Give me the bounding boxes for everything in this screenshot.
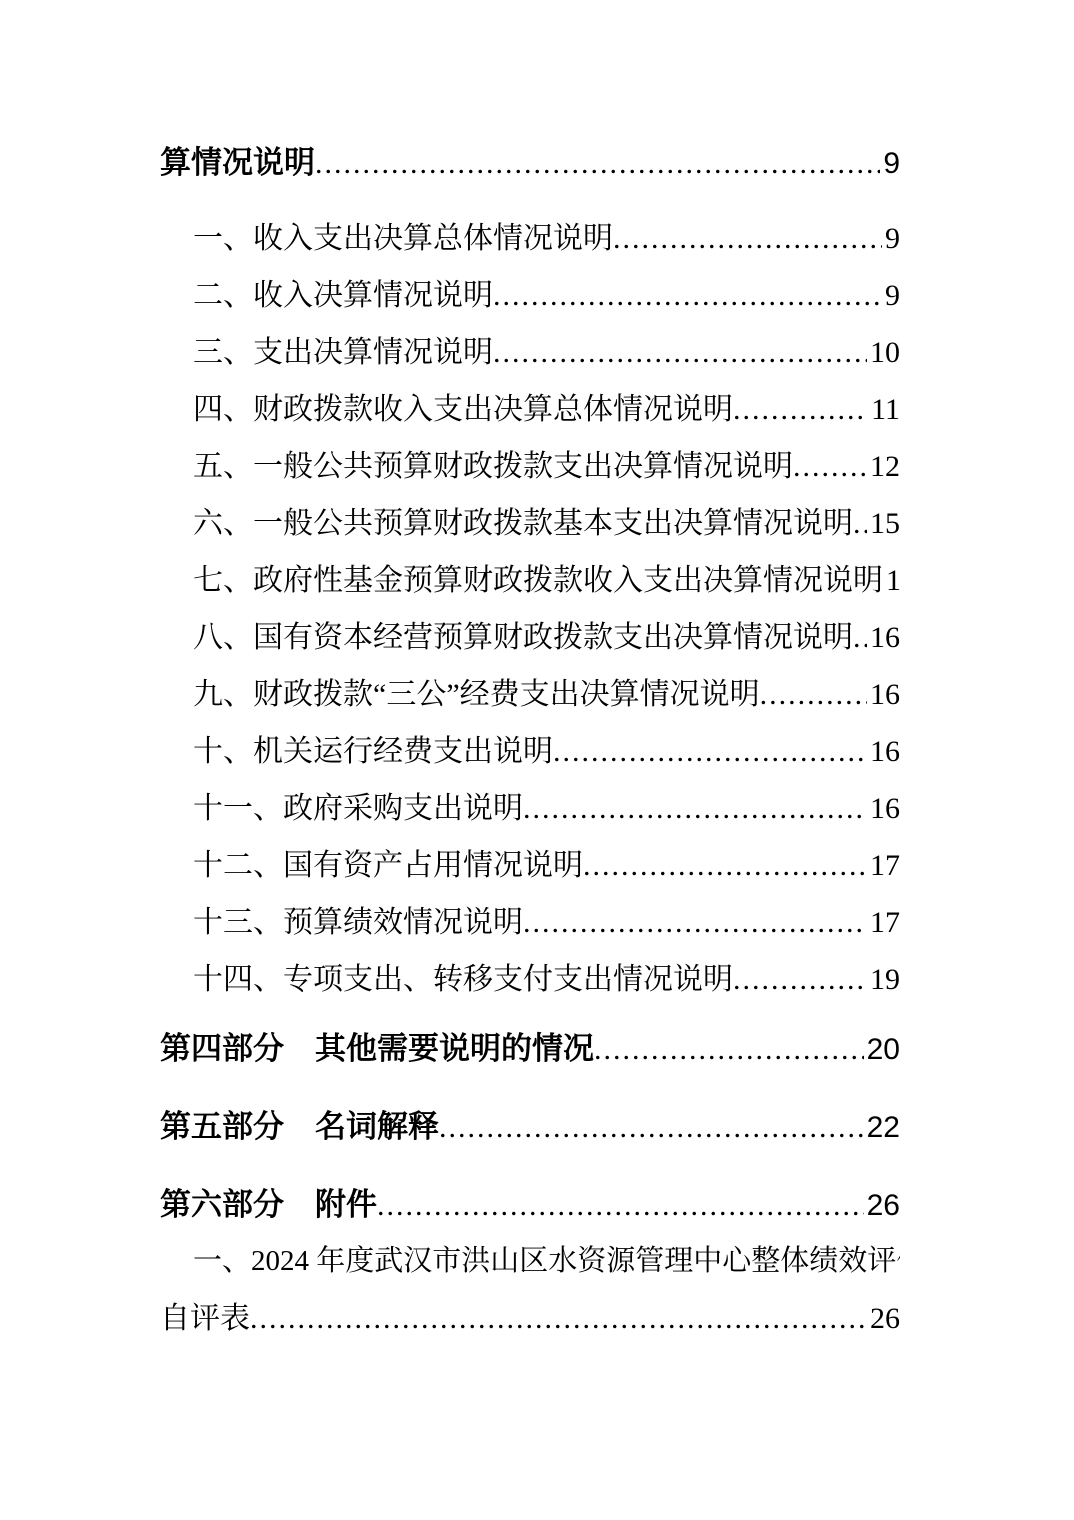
toc-leader-dots <box>793 438 867 495</box>
toc-entry-label: 一、收入支出决算总体情况说明 <box>193 210 613 267</box>
toc-leader-dots <box>315 135 880 191</box>
toc-entry: 四、财政拨款收入支出决算总体情况说明 11 <box>160 381 900 438</box>
toc-page-number: 9 <box>882 210 900 267</box>
toc-page-number: 9 <box>880 135 900 191</box>
toc-leader-dots <box>493 324 867 381</box>
toc-page-number: 11 <box>868 381 900 438</box>
toc-entry: 三、支出决算情况说明 10 <box>160 324 900 381</box>
toc-leader-dots <box>377 1177 864 1233</box>
toc-entry-label: 第四部分 其他需要说明的情况 <box>160 1020 594 1077</box>
toc-page-number: 9 <box>882 267 900 324</box>
toc-entry: 第四部分 其他需要说明的情况 20 <box>160 1020 900 1077</box>
toc-leader-dots <box>250 1290 867 1347</box>
toc-leader-dots <box>553 723 867 780</box>
toc-entry: 一、2024 年度武汉市洪山区水资源管理中心整体绩效评价 <box>160 1233 900 1290</box>
toc-entry-label: 第六部分 附件 <box>160 1176 377 1233</box>
toc-leader-dots <box>733 381 868 438</box>
toc-entry: 十、机关运行经费支出说明 16 <box>160 723 900 780</box>
toc-leader-dots <box>493 267 882 324</box>
toc-leader-dots <box>523 894 867 951</box>
toc-entry-label: 十、机关运行经费支出说明 <box>193 723 553 780</box>
toc-entry-label: 四、财政拨款收入支出决算总体情况说明 <box>193 381 733 438</box>
toc-page-number: 15 <box>867 495 900 552</box>
toc-entry-label: 十一、政府采购支出说明 <box>193 780 523 837</box>
toc-leader-dots <box>853 609 867 666</box>
toc-entry: 算情况说明 9 <box>160 134 900 191</box>
toc-entry-label: 八、国有资本经营预算财政拨款支出决算情况说明 <box>193 609 853 666</box>
toc-page-number: 26 <box>867 1290 900 1347</box>
toc-entry-label: 五、一般公共预算财政拨款支出决算情况说明 <box>193 438 793 495</box>
toc-entry-label: 一、2024 年度武汉市洪山区水资源管理中心整体绩效评价 <box>193 1245 900 1277</box>
toc-page-number: 16 <box>867 666 900 723</box>
toc-entry-label: 算情况说明 <box>160 134 315 191</box>
toc-entry-label: 第五部分 名词解释 <box>160 1098 439 1155</box>
toc-leader-dots <box>439 1099 864 1155</box>
toc-page-number: 26 <box>864 1177 900 1233</box>
toc-entry: 七、政府性基金预算财政拨款收入支出决算情况说明 16 <box>160 552 900 609</box>
toc-entry-label: 自评表 <box>160 1290 250 1347</box>
toc-entry: 十四、专项支出、转移支付支出情况说明 19 <box>160 951 900 1008</box>
toc-leader-dots <box>853 495 867 552</box>
toc-entry: 第五部分 名词解释 22 <box>160 1098 900 1155</box>
toc-page-number: 19 <box>867 951 900 1008</box>
toc-entry-label: 十二、国有资产占用情况说明 <box>193 837 583 894</box>
toc-entry: 十三、预算绩效情况说明 17 <box>160 894 900 951</box>
toc-entry: 一、收入支出决算总体情况说明 9 <box>160 210 900 267</box>
toc-entry-label: 二、收入决算情况说明 <box>193 267 493 324</box>
toc-entry-label: 六、一般公共预算财政拨款基本支出决算情况说明 <box>193 495 853 552</box>
toc-leader-dots <box>523 780 867 837</box>
toc-leader-dots <box>594 1021 864 1077</box>
toc-entry: 九、财政拨款“三公”经费支出决算情况说明 16 <box>160 666 900 723</box>
toc-page-number: 16 <box>883 552 900 609</box>
toc-page: 算情况说明 9 一、收入支出决算总体情况说明 9 二、收入决算情况说明 9 三、… <box>0 0 1074 1520</box>
toc-page-number: 12 <box>867 438 900 495</box>
toc-entry: 第六部分 附件 26 <box>160 1176 900 1233</box>
toc-entry-label: 十四、专项支出、转移支付支出情况说明 <box>193 951 733 1008</box>
toc-entry: 五、一般公共预算财政拨款支出决算情况说明 12 <box>160 438 900 495</box>
toc-entry: 八、国有资本经营预算财政拨款支出决算情况说明 16 <box>160 609 900 666</box>
toc-page-number: 16 <box>867 780 900 837</box>
toc-leader-dots <box>613 210 882 267</box>
toc-entry: 二、收入决算情况说明 9 <box>160 267 900 324</box>
toc-leader-dots <box>760 666 867 723</box>
toc-page-number: 20 <box>864 1021 900 1077</box>
toc-entry: 六、一般公共预算财政拨款基本支出决算情况说明 15 <box>160 495 900 552</box>
toc-leader-dots <box>583 837 867 894</box>
toc-entry-label: 三、支出决算情况说明 <box>193 324 493 381</box>
toc-leader-dots <box>733 951 867 1008</box>
toc-entry: 十一、政府采购支出说明 16 <box>160 780 900 837</box>
toc-page-number: 17 <box>867 894 900 951</box>
toc-entry-label: 七、政府性基金预算财政拨款收入支出决算情况说明 <box>193 552 883 609</box>
toc-page-number: 16 <box>867 723 900 780</box>
toc-entry: 十二、国有资产占用情况说明 17 <box>160 837 900 894</box>
toc-entry-label: 十三、预算绩效情况说明 <box>193 894 523 951</box>
toc-entry: 自评表 26 <box>160 1290 900 1347</box>
toc-page-number: 22 <box>864 1099 900 1155</box>
toc-page-number: 17 <box>867 837 900 894</box>
toc-page-number: 10 <box>867 324 900 381</box>
toc-page-number: 16 <box>867 609 900 666</box>
toc-entry-label: 九、财政拨款“三公”经费支出决算情况说明 <box>193 666 760 723</box>
